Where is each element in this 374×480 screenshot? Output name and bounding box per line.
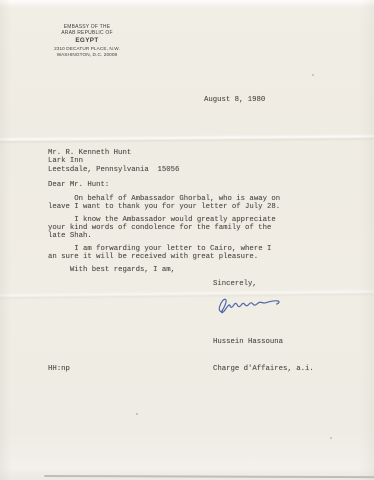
signature-block: Hussein Hassouna Charge d'Affaires, a.i. — [213, 320, 314, 391]
paper-top-edge — [0, 0, 374, 6]
paragraph-1: On behalf of Ambassador Ghorbal, who is … — [48, 196, 296, 212]
date-line: August 8, 1980 — [204, 97, 265, 105]
paragraph-regards: With best regards, I am, — [48, 267, 296, 275]
letterhead-city-zip: WASHINGTON, D.C. 20008 — [37, 52, 137, 58]
letter-body: On behalf of Ambassador Ghorbal, who is … — [48, 196, 296, 281]
embassy-letterhead: EMBASSY OF THE ARAB REPUBLIC OF EGYPT 23… — [37, 24, 137, 58]
paper-speck — [136, 413, 138, 415]
reference-initials: HH:np — [48, 366, 70, 374]
paper-speck — [330, 437, 332, 439]
paper-bottom-edge — [44, 475, 374, 478]
signature-scribble-icon — [213, 292, 284, 316]
paragraph-3: I am forwarding your letter to Cairo, wh… — [48, 246, 296, 262]
paper-speck — [312, 74, 314, 76]
closing-sincerely: Sincerely, — [213, 281, 257, 289]
signer-name: Hussein Hassouna — [213, 338, 314, 347]
salutation: Dear Mr. Hunt: — [48, 182, 109, 190]
letterhead-country: EGYPT — [37, 37, 137, 45]
fold-crease-upper — [0, 134, 374, 144]
paragraph-2: I know the Ambassador would greatly appr… — [48, 217, 296, 240]
scanned-letter-page: EMBASSY OF THE ARAB REPUBLIC OF EGYPT 23… — [0, 0, 374, 480]
signer-title: Charge d'Affaires, a.i. — [213, 365, 314, 374]
signature-stroke — [219, 296, 280, 313]
recipient-address: Mr. R. Kenneth Hunt Lark Inn Leetsdale, … — [48, 149, 179, 174]
fold-crease-lower — [0, 289, 374, 300]
